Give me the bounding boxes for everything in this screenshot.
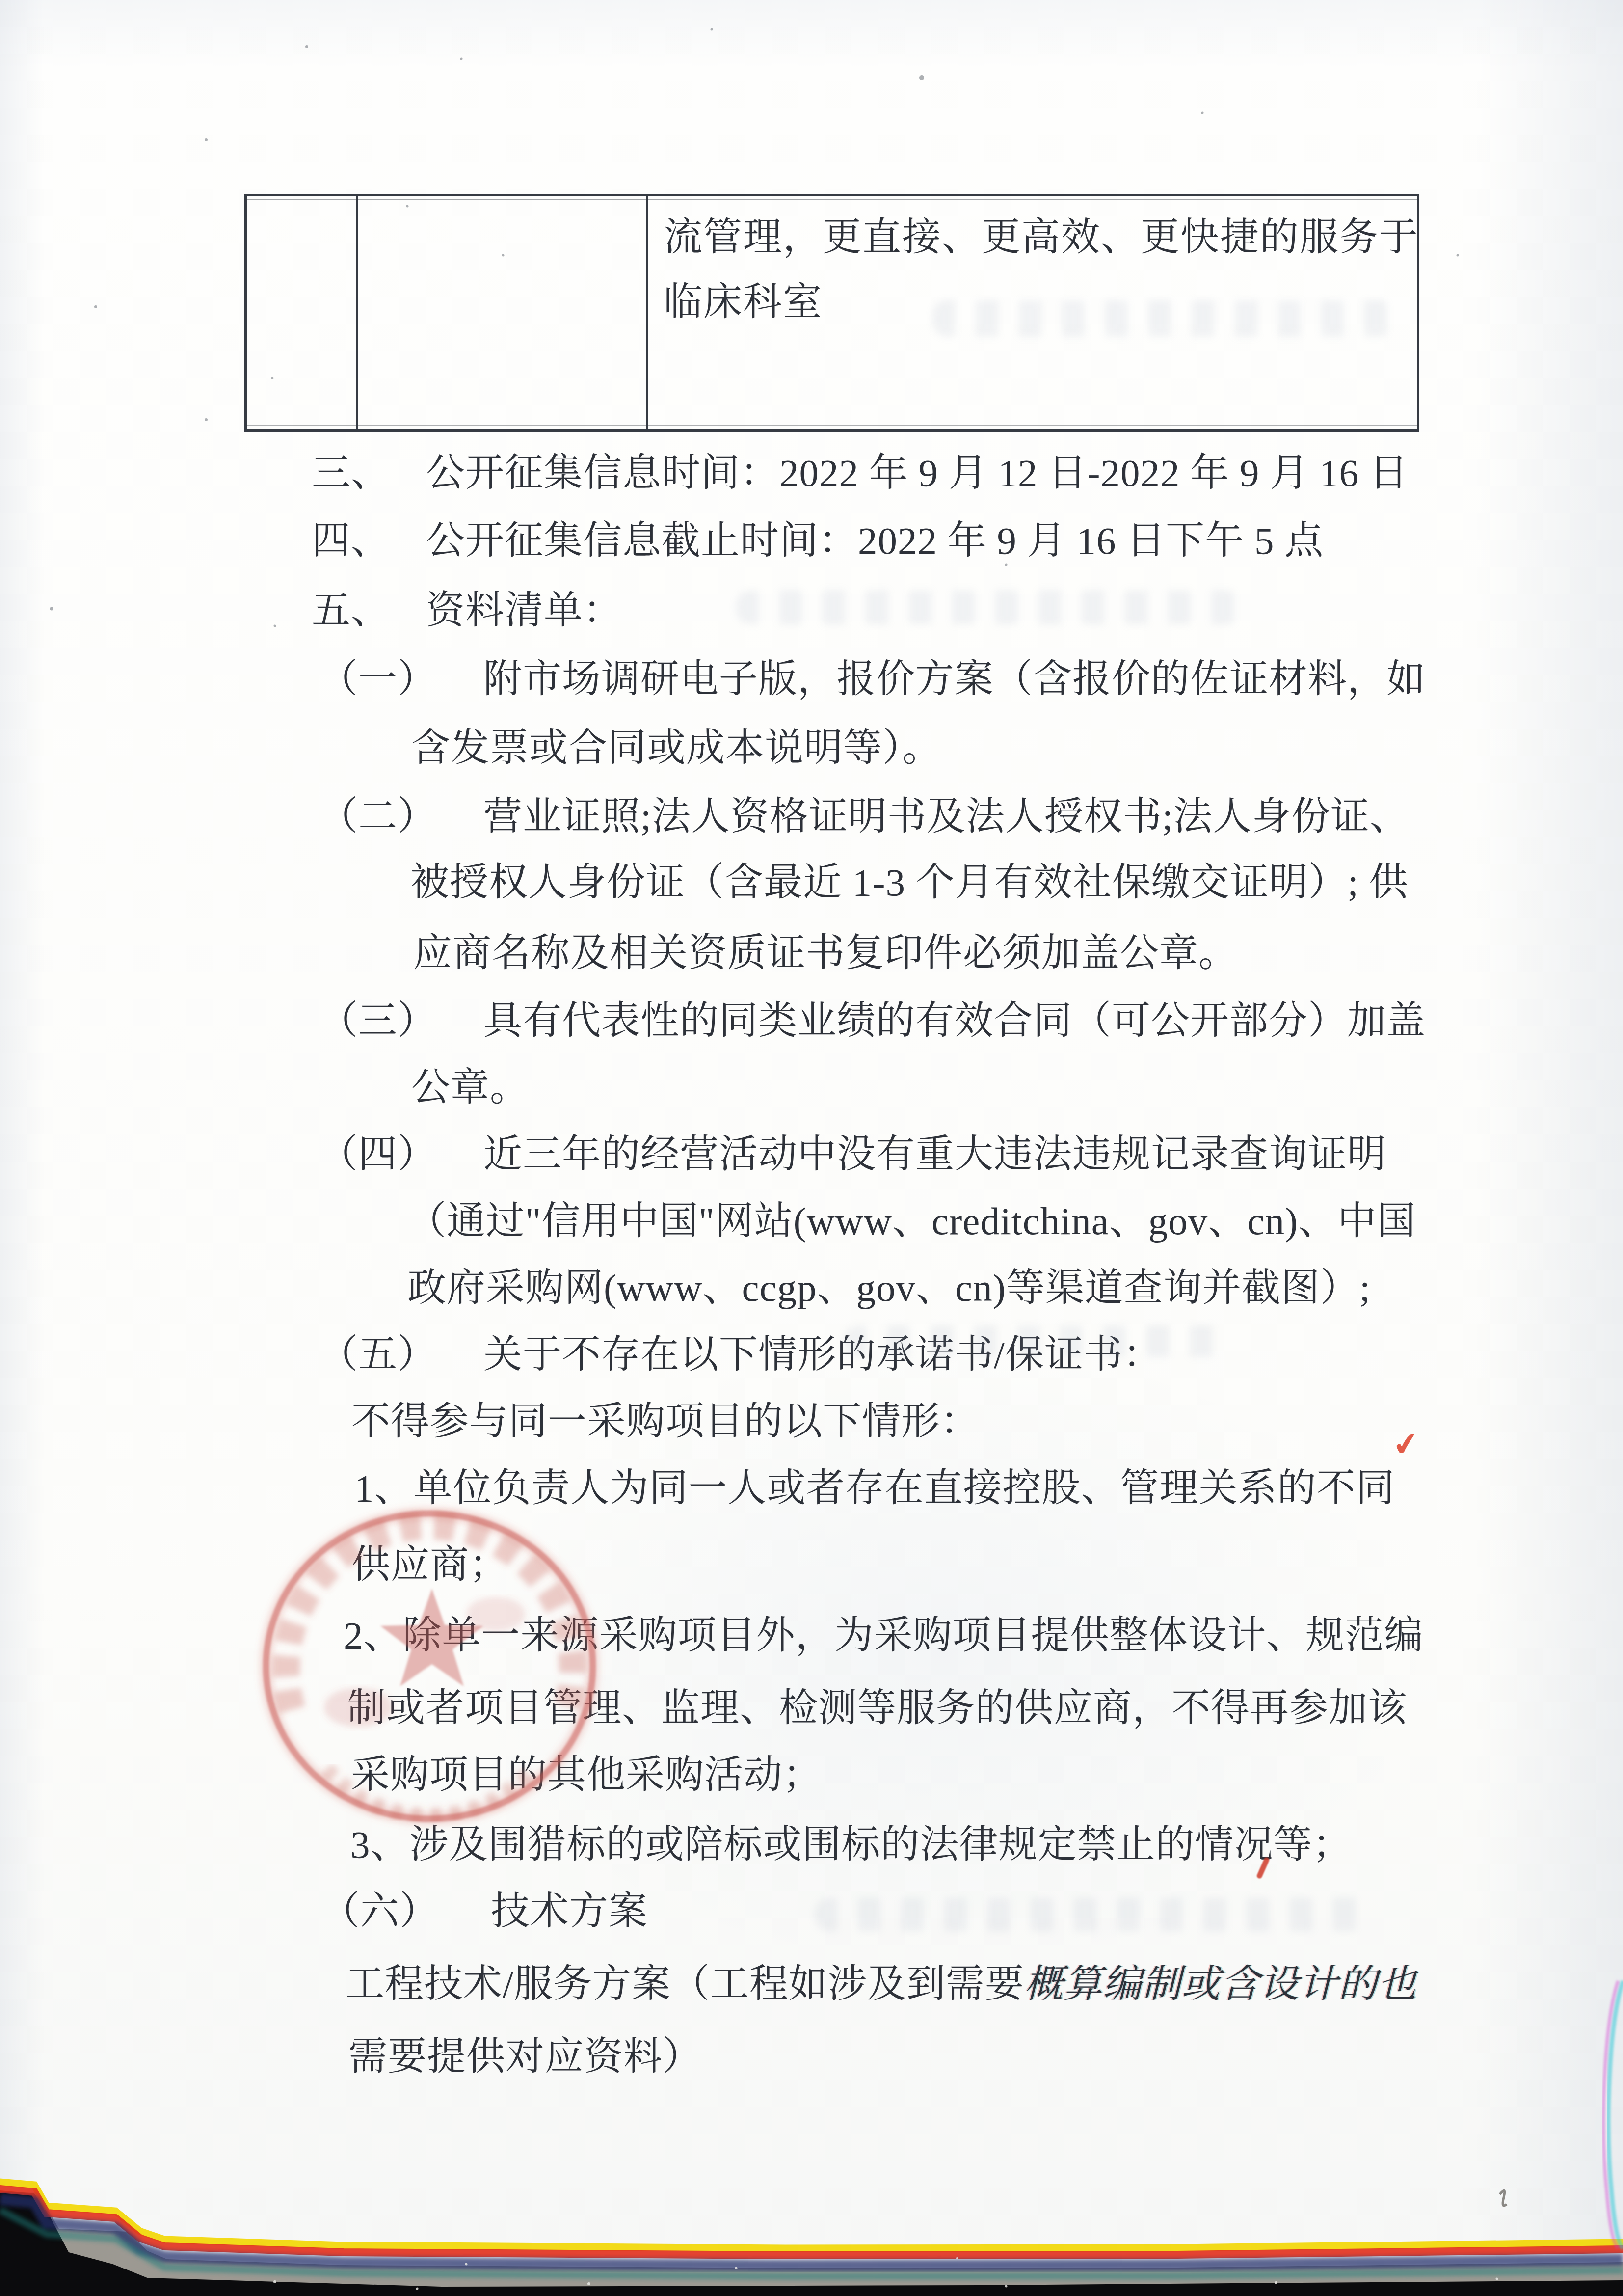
line-text-italic: 概算编制或含设计的也 [1024, 1963, 1417, 2006]
doc-line: 含发票或合同或成本说明等）。 [0, 727, 1623, 782]
bleedthrough-smudge [844, 1325, 1232, 1357]
line-text: 营业证照;法人资格证明书及法人授权书;法人身份证、 [483, 795, 1409, 840]
line-text-normal: 工程技术/服务方案（工程如涉及到需要 [346, 1963, 1024, 2006]
line-text: 2、除单一来源采购项目外，为采购项目提供整体设计、规范编 [344, 1614, 1424, 1659]
doc-line: 1、单位负责人为同一人或者存在直接控股、管理关系的不同 [0, 1467, 1623, 1522]
line-text: 公开征集信息截止时间：2022 年 9 月 16 日下午 5 点 [426, 519, 1324, 564]
doc-line: 3、涉及围猎标的或陪标或围标的法律规定禁止的情况等； [0, 1823, 1623, 1878]
line-text: 公开征集信息时间：2022 年 9 月 12 日-2022 年 9 月 16 日 [426, 452, 1409, 496]
doc-line: （通过"信用中国"网站(www、creditchina、gov、cn)、中国 [0, 1200, 1623, 1255]
doc-line: （二） 营业证照;法人资格证明书及法人授权书;法人身份证、 [0, 795, 1623, 850]
bleedthrough-smudge [815, 1898, 1374, 1931]
doc-line: 应商名称及相关资质证书复印件必须加盖公章。 [0, 932, 1623, 987]
scan-squiggle [1500, 2190, 1507, 2206]
line-text: 需要提供对应资料） [348, 2035, 702, 2080]
doc-line: 被授权人身份证（含最近 1-3 个月有效社保缴交证明）; 供 [0, 861, 1623, 916]
list-marker: （二） [319, 795, 437, 840]
doc-line: 采购项目的其他采购活动； [0, 1754, 1623, 1809]
doc-line: （六） 技术方案 [0, 1890, 1623, 1945]
list-marker: （五） [319, 1333, 437, 1378]
line-text: 不得参与同一采购项目的以下情形： [351, 1400, 980, 1445]
list-marker: 四、 [312, 519, 390, 564]
right-edge-fringe-magenta [1603, 1981, 1618, 2248]
doc-line: 2、除单一来源采购项目外，为采购项目提供整体设计、规范编 [0, 1614, 1623, 1669]
red-checkmark: ✔ [1390, 1425, 1421, 1465]
line-text: 技术方案 [491, 1890, 648, 1935]
line-text: 附市场调研电子版，报价方案（含报价的佐证材料，如 [483, 658, 1426, 702]
line-text: 公章。 [411, 1066, 529, 1111]
line-text: 具有代表性的同类业绩的有效合同（可公开部分）加盖 [483, 999, 1426, 1044]
scanner-bed-black [0, 2190, 1623, 2296]
table-column-divider [356, 195, 358, 430]
doc-line: 工程技术/服务方案（工程如涉及到需要概算编制或含设计的也 [0, 1963, 1623, 2018]
edge-fringe-red [0, 2189, 1623, 2255]
table-border-echo [247, 199, 1417, 200]
doc-line: 四、 公开征集信息截止时间：2022 年 9 月 16 日下午 5 点 [0, 519, 1623, 574]
line-text: 被授权人身份证（含最近 1-3 个月有效社保缴交证明）; 供 [410, 861, 1409, 906]
line-text: 1、单位负责人为同一人或者存在直接控股、管理关系的不同 [354, 1467, 1395, 1512]
list-marker: （六） [321, 1890, 439, 1935]
line-text: （通过"信用中国"网站(www、creditchina、gov、cn)、中国 [407, 1200, 1416, 1244]
table-cell-text: 流管理，更直接、更高效、更快捷的服务于 [664, 216, 1419, 261]
line-text: 制或者项目管理、监理、检测等服务的供应商，不得再参加该 [347, 1687, 1407, 1731]
list-marker: 五、 [312, 589, 390, 634]
doc-line: （四） 近三年的经营活动中没有重大违法违规记录查询证明 [0, 1133, 1623, 1188]
line-text: 应商名称及相关资质证书复印件必须加盖公章。 [413, 932, 1238, 976]
list-marker: （一） [319, 658, 437, 702]
line-text: 供应商； [351, 1543, 508, 1588]
doc-line: （一） 附市场调研电子版，报价方案（含报价的佐证材料，如 [0, 658, 1623, 713]
scanned-document-page: 流管理，更直接、更高效、更快捷的服务于 临床科室 三、 公开征集信息时间：202… [0, 0, 1623, 2296]
doc-line: 不得参与同一采购项目的以下情形： [0, 1400, 1623, 1455]
edge-fringe-teal [0, 2210, 1623, 2276]
table-border-echo [247, 425, 1417, 426]
doc-line: 三、 公开征集信息时间：2022 年 9 月 12 日-2022 年 9 月 1… [0, 452, 1623, 507]
scan-shadow-band [0, 2203, 1623, 2296]
line-text: 3、涉及围猎标的或陪标或围标的法律规定禁止的情况等； [350, 1823, 1352, 1868]
doc-line: （五） 关于不存在以下情形的承诺书/保证书： [0, 1333, 1623, 1388]
doc-line: 需要提供对应资料） [0, 2035, 1623, 2090]
edge-fringe-navy [0, 2199, 1623, 2266]
list-marker: （四） [319, 1133, 437, 1178]
table-column-divider [646, 195, 648, 430]
line-text: 工程技术/服务方案（工程如涉及到需要概算编制或含设计的也 [346, 1963, 1417, 2007]
list-marker: （三） [319, 999, 437, 1044]
right-edge-fringe-cyan [1608, 1981, 1623, 2248]
line-text: 资料清单： [426, 589, 622, 634]
line-text: 含发票或合同或成本说明等）。 [411, 727, 942, 771]
doc-line: （三） 具有代表性的同类业绩的有效合同（可公开部分）加盖 [0, 999, 1623, 1054]
bleedthrough-smudge [932, 300, 1394, 337]
bleedthrough-smudge [736, 590, 1242, 624]
doc-line: 政府采购网(www、ccgp、gov、cn)等渠道查询并截图）; [0, 1267, 1623, 1322]
bed-specks [273, 2257, 1498, 2290]
table-cell-text: 临床科室 [664, 281, 823, 325]
doc-line: 公章。 [0, 1066, 1623, 1121]
line-text: 近三年的经营活动中没有重大违法违规记录查询证明 [483, 1133, 1386, 1178]
edge-fringe-yellow [0, 2182, 1623, 2248]
line-text: 采购项目的其他采购活动； [351, 1754, 822, 1798]
list-marker: 三、 [312, 452, 390, 496]
line-text: 政府采购网(www、ccgp、gov、cn)等渠道查询并截图）; [407, 1267, 1371, 1311]
doc-line: 供应商； [0, 1543, 1623, 1598]
doc-line: 制或者项目管理、监理、检测等服务的供应商，不得再参加该 [0, 1687, 1623, 1742]
